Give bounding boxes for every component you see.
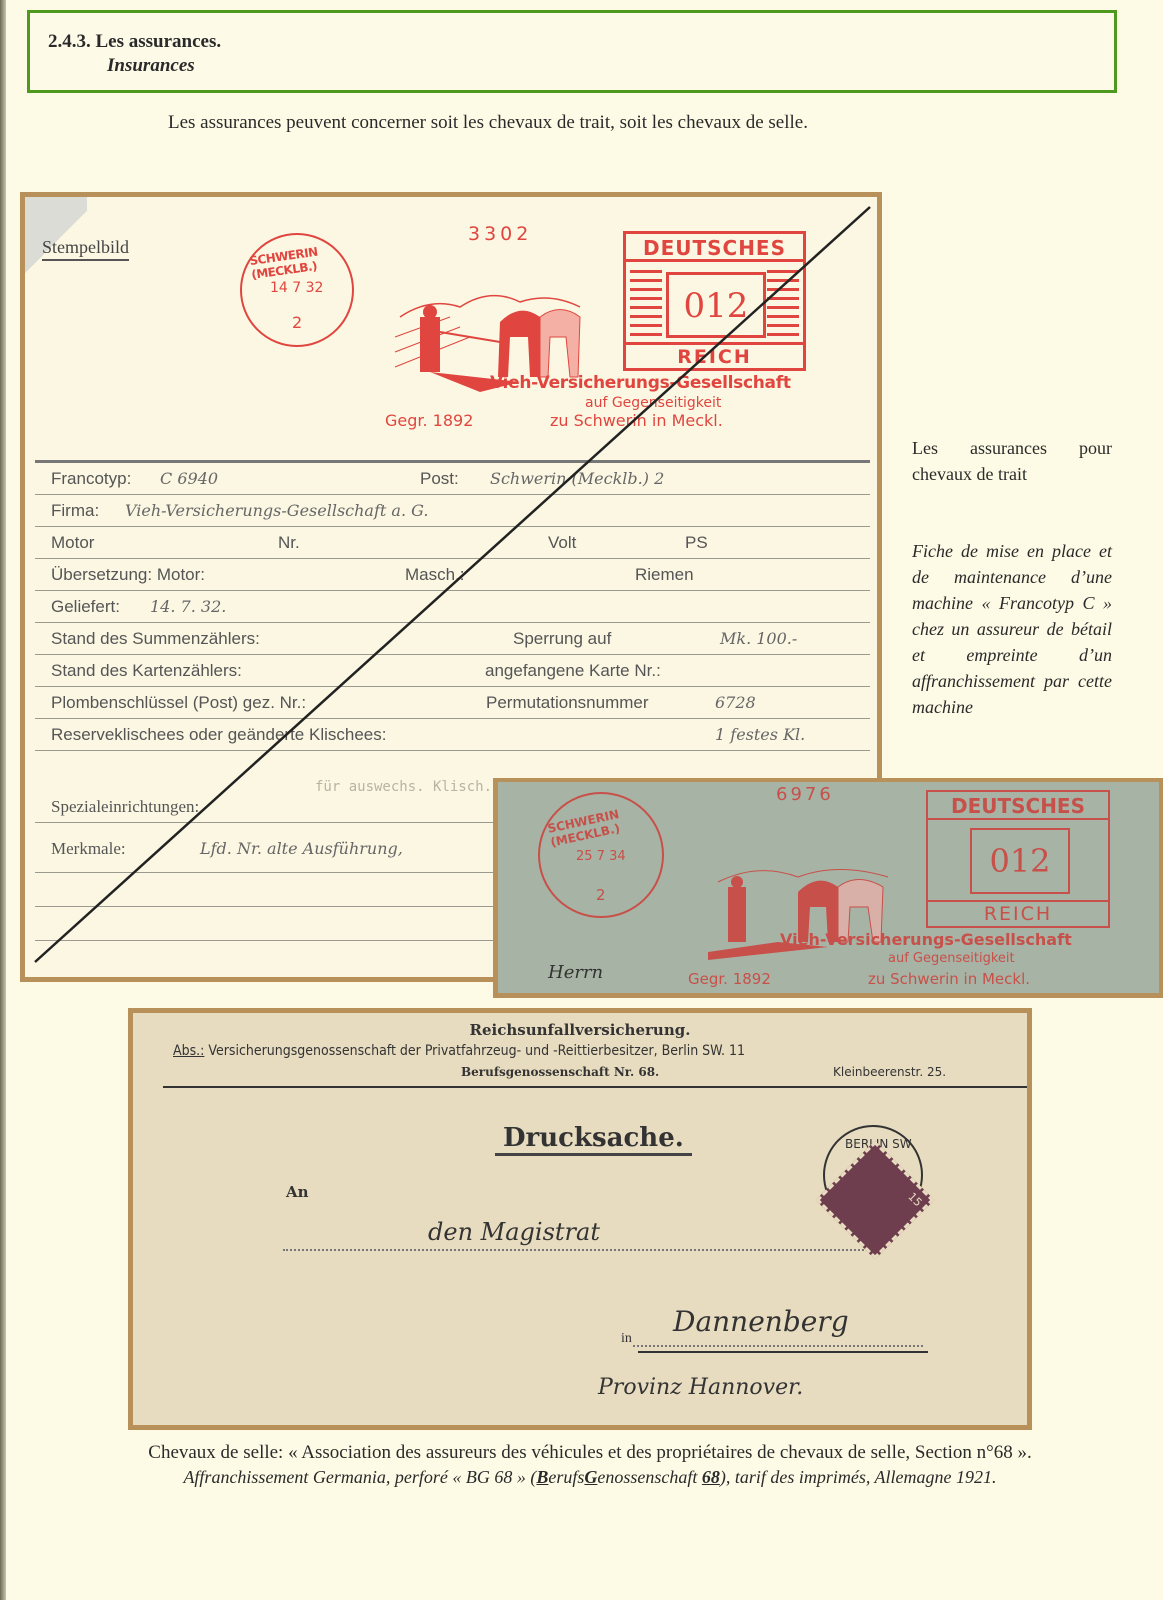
company-sub: auf Gegenseitigkeit — [888, 951, 1015, 966]
city-line — [633, 1345, 923, 1347]
founded-year: Gegr. 1892 — [688, 970, 771, 988]
meter-number: 6976 — [776, 784, 834, 805]
letterhead-line3: Berufsgenossenschaft Nr. 68. — [461, 1065, 659, 1079]
recipient-handwritten: den Magistrat — [428, 1218, 600, 1246]
caption-detail: Affranchissement Germania, perforé « BG … — [60, 1467, 1120, 1488]
drucksache-title: Drucksache. — [495, 1123, 692, 1156]
stamp-value: 012 — [970, 828, 1070, 894]
caption-main: Chevaux de selle: « Association des assu… — [60, 1442, 1120, 1464]
section-title: 2.4.3. Les assurances. — [48, 31, 221, 53]
section-header: 2.4.3. Les assurances. Insurances — [27, 10, 1117, 93]
postmark-town: SCHWERIN (MECKLB.) — [546, 798, 663, 849]
postmark-circle: SCHWERIN (MECKLB.) 25 7 34 2 — [538, 792, 664, 918]
company-name: Vieh-Versicherungs-Gesellschaft — [780, 930, 1072, 949]
company-city: zu Schwerin in Meckl. — [868, 970, 1030, 988]
deutsches-reich-meter-stamp: DEUTSCHES 012 REICH — [926, 790, 1110, 928]
sender-line: Versicherungsgenossenschaft der Privatfa… — [208, 1043, 745, 1059]
side-note-description: Fiche de mise en place et de maintenance… — [912, 538, 1112, 720]
letterhead-rule — [163, 1086, 1027, 1088]
intro-text: Les assurances peuvent concerner soit le… — [168, 112, 808, 134]
section-subtitle: Insurances — [107, 55, 195, 77]
meter-cover-cutout: SCHWERIN (MECKLB.) 25 7 34 2 6976 DEUTSC… — [493, 778, 1163, 998]
city-handwritten: Dannenberg — [673, 1305, 849, 1338]
stamp-value: 15 — [905, 1190, 924, 1209]
stamp-country: DEUTSCHES — [928, 792, 1108, 820]
province-handwritten: Provinz Hannover. — [598, 1375, 803, 1400]
letterhead-address: Kleinbeerenstr. 25. — [833, 1065, 946, 1079]
page-spine — [0, 0, 6, 1600]
handwriting: Herrn — [548, 962, 603, 983]
in-label: in — [621, 1331, 632, 1347]
side-note-title: Les assurances pour chevaux de trait — [912, 435, 1112, 487]
drucksache-wrapper: Reichsunfallversicherung. Abs.: Versiche… — [128, 1008, 1032, 1430]
postmark-date: 25 7 34 — [576, 849, 626, 864]
an-label: An — [286, 1183, 309, 1201]
address-line — [283, 1249, 868, 1251]
sender-prefix: Abs.: — [173, 1043, 204, 1059]
letterhead-line1: Reichsunfallversicherung. — [133, 1021, 1027, 1039]
city-underline — [638, 1351, 928, 1353]
stamp-reich: REICH — [928, 900, 1108, 926]
postmark-number: 2 — [596, 886, 606, 904]
